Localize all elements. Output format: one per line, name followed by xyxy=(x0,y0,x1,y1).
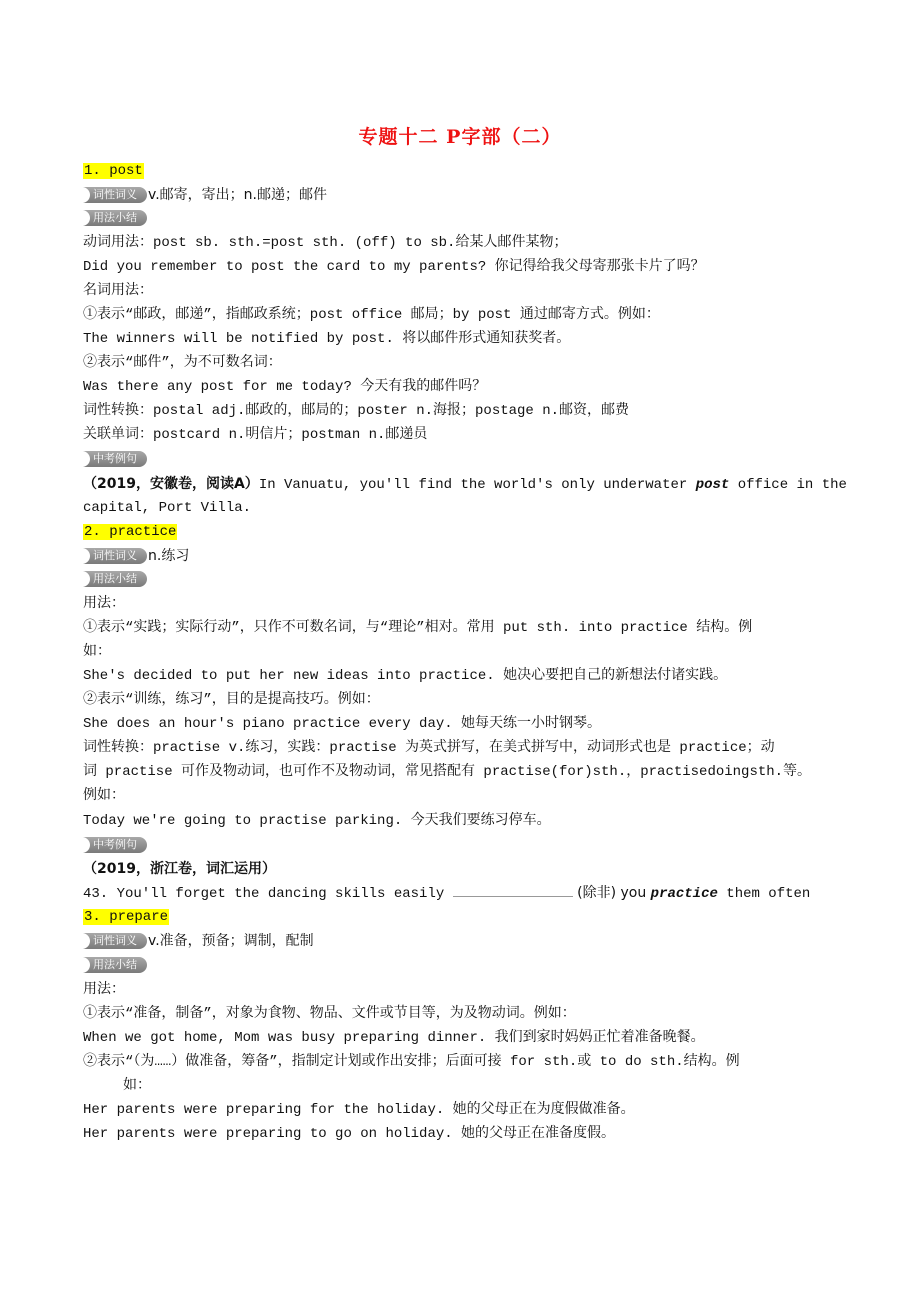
text-line: 动词用法：post sb. sth.=post sth. (off) to sb… xyxy=(83,234,567,252)
badge-usage: 用法小结 xyxy=(83,210,147,226)
badge-meaning: 词性词义 xyxy=(83,187,147,203)
exam-source: （2019，浙江卷，词汇运用） xyxy=(83,860,276,878)
exam-badge-line: 中考例句 xyxy=(83,837,148,855)
text-line: The winners will be notified by post. 将以… xyxy=(83,330,570,348)
text-line: 词性转换：postal adj.邮政的，邮局的；poster n.海报；post… xyxy=(83,402,629,420)
text-line: She's decided to put her new ideas into … xyxy=(83,667,727,685)
entry-heading-practice: 2. practice xyxy=(83,523,177,541)
text-line: 用法： xyxy=(83,981,125,999)
exam-sentence-cont: capital, Port Villa. xyxy=(83,499,251,517)
exam-question: 43. You'll forget the dancing skills eas… xyxy=(83,884,810,903)
badge-exam: 中考例句 xyxy=(83,837,147,853)
usage-badge-line: 用法小结 xyxy=(83,957,148,975)
text-line: 如： xyxy=(83,643,111,661)
exam-sentence: （2019，安徽卷，阅读A）In Vanuatu, you'll find th… xyxy=(83,475,847,494)
exam-badge-line: 中考例句 xyxy=(83,451,148,469)
text-line: 例如： xyxy=(83,787,125,805)
answer-blank[interactable] xyxy=(453,884,573,897)
meaning-line: 词性词义v.准备，预备；调制，配制 xyxy=(83,932,314,951)
text-line: Her parents were preparing for the holid… xyxy=(83,1101,635,1119)
text-line: 名词用法： xyxy=(83,282,153,300)
meaning-line: 词性词义v.邮寄，寄出；n.邮递；邮件 xyxy=(83,186,327,205)
badge-exam: 中考例句 xyxy=(83,451,147,467)
text-line: When we got home, Mom was busy preparing… xyxy=(83,1029,705,1047)
text-line: ①表示“实践；实际行动”，只作不可数名词，与“理论”相对。常用 put sth.… xyxy=(83,619,752,637)
text-line: Her parents were preparing to go on holi… xyxy=(83,1125,615,1143)
text-line: ②表示“邮件”，为不可数名词： xyxy=(83,354,282,372)
text-line: Today we're going to practise parking. 今… xyxy=(83,812,551,830)
text-line: 词 practise 可作及物动词，也可作不及物动词，常见搭配有 practis… xyxy=(83,763,811,781)
text-line: ②表示“（为……）做准备，筹备”，指制定计划或作出安排；后面可接 for sth… xyxy=(83,1053,740,1071)
text-line: Was there any post for me today? 今天有我的邮件… xyxy=(83,378,486,396)
badge-meaning: 词性词义 xyxy=(83,933,147,949)
entry-heading-post: 1. post xyxy=(83,162,144,180)
usage-badge-line: 用法小结 xyxy=(83,571,148,589)
text-line: ①表示“准备，制备”，对象为食物、物品、文件或节目等，为及物动词。例如： xyxy=(83,1005,576,1023)
text-line: Did you remember to post the card to my … xyxy=(83,258,705,276)
badge-usage: 用法小结 xyxy=(83,957,147,973)
text-line: 用法： xyxy=(83,595,125,613)
document-title: 专题十二 P字部（二） xyxy=(0,122,920,149)
text-line: ②表示“训练，练习”，目的是提高技巧。例如： xyxy=(83,691,380,709)
text-line: 关联单词：postcard n.明信片；postman n.邮递员 xyxy=(83,426,427,444)
text-line: ①表示“邮政，邮递”，指邮政系统；post office 邮局；by post … xyxy=(83,306,660,324)
badge-usage: 用法小结 xyxy=(83,571,147,587)
usage-badge-line: 用法小结 xyxy=(83,210,148,228)
entry-heading-prepare: 3. prepare xyxy=(83,908,169,926)
text-line: 如： xyxy=(83,1077,151,1095)
meaning-line: 词性词义n.练习 xyxy=(83,547,189,566)
text-line: 词性转换：practise v.练习，实践：practise 为英式拼写，在美式… xyxy=(83,739,775,757)
badge-meaning: 词性词义 xyxy=(83,548,147,564)
text-line: She does an hour's piano practice every … xyxy=(83,715,601,733)
